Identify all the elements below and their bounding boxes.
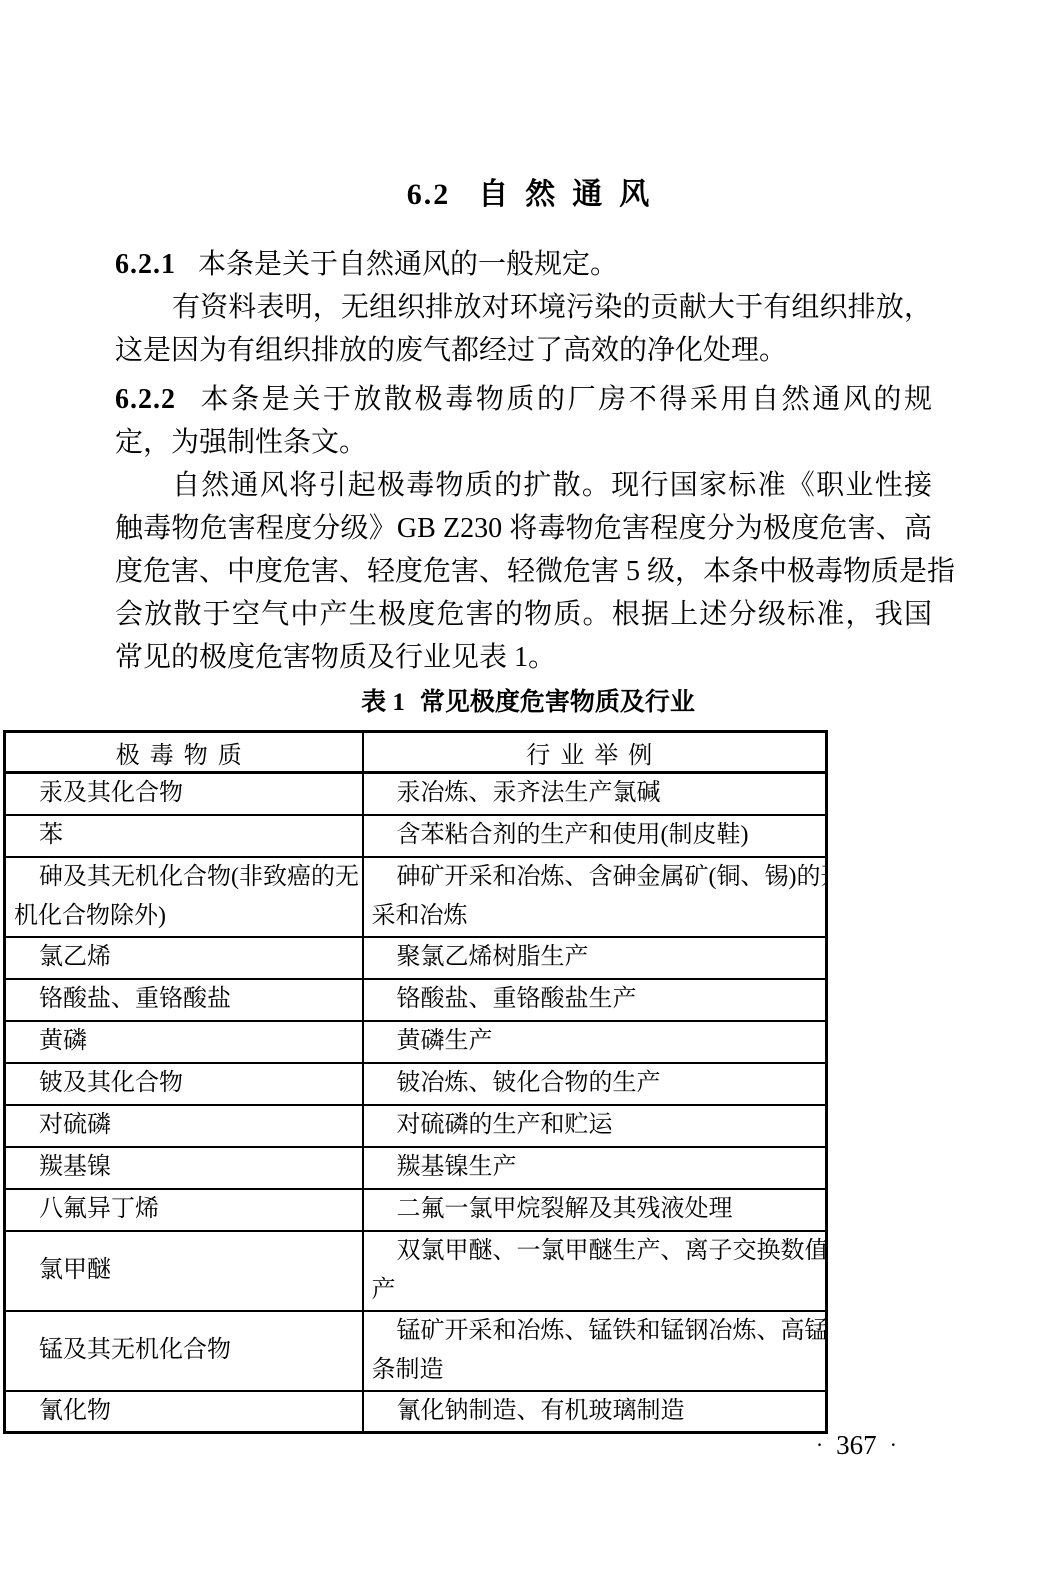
substance-cell: 对硫磷: [14, 1106, 354, 1145]
table-row: 氰化物 氰化钠制造、有机玻璃制造: [5, 1391, 827, 1433]
substance-cell: 铬酸盐、重铬酸盐: [14, 980, 354, 1019]
substance-cell: 氯乙烯: [14, 938, 354, 977]
clause-number: 6.2.1: [115, 249, 176, 280]
document-page: 6.2自然通风 6.2.1本条是关于自然通风的一般规定。 有资料表明，无组织排放…: [0, 0, 1056, 1586]
paragraph-line: 自然通风将引起极毒物质的扩散。现行国家标准《职业性接: [115, 464, 932, 507]
section-heading: 6.2自然通风: [0, 176, 1056, 214]
paragraph-line: 常见的极度危害物质及行业见表 1。: [115, 636, 932, 679]
table-row: 铬酸盐、重铬酸盐 铬酸盐、重铬酸盐生产: [5, 979, 827, 1021]
table-row: 汞及其化合物 汞冶炼、汞齐法生产氯碱: [5, 773, 827, 815]
industry-cell: 铬酸盐、重铬酸盐生产: [372, 980, 818, 1019]
substance-cell: 羰基镍: [14, 1148, 354, 1187]
body-text: 6.2.1本条是关于自然通风的一般规定。 有资料表明，无组织排放对环境污染的贡献…: [115, 243, 932, 679]
substance-cell: 黄磷: [14, 1022, 354, 1061]
industry-cell: 铍冶炼、铍化合物的生产: [372, 1064, 818, 1103]
table-row: 氯乙烯 聚氯乙烯树脂生产: [5, 937, 827, 979]
paragraph-line: 有资料表明，无组织排放对环境污染的贡献大于有组织排放，: [115, 286, 932, 329]
hazard-substance-table: 极毒物质 行业举例 汞及其化合物 汞冶炼、汞齐法生产氯碱 苯 含苯粘合剂的生产和…: [3, 730, 828, 1434]
clause-number: 6.2.2: [115, 384, 176, 415]
table-row: 羰基镍 羰基镍生产: [5, 1147, 827, 1189]
substance-cell-cont: 机化合物除外): [14, 897, 354, 936]
paragraph-line: 定，为强制性条文。: [115, 421, 932, 464]
substance-cell: 八氟异丁烯: [14, 1190, 354, 1229]
industry-cell: 砷矿开采和冶炼、含砷金属矿(铜、锡)的开: [372, 858, 818, 897]
substance-cell: 氰化物: [14, 1392, 354, 1431]
section-number: 6.2: [407, 178, 451, 211]
industry-cell: 羰基镍生产: [372, 1148, 818, 1187]
industry-cell-cont: 产: [372, 1271, 818, 1310]
table-row: 黄磷 黄磷生产: [5, 1021, 827, 1063]
substance-cell: 汞及其化合物: [14, 774, 354, 813]
industry-cell: 对硫磷的生产和贮运: [372, 1106, 818, 1145]
industry-cell: 聚氯乙烯树脂生产: [372, 938, 818, 977]
industry-cell: 氰化钠制造、有机玻璃制造: [372, 1392, 818, 1431]
table-row: 锰及其无机化合物 锰矿开采和冶炼、锰铁和锰钢冶炼、高锰焊 条制造: [5, 1311, 827, 1391]
table-row: 对硫磷 对硫磷的生产和贮运: [5, 1105, 827, 1147]
substance-cell: 铍及其化合物: [14, 1064, 354, 1103]
substance-cell: 砷及其无机化合物(非致癌的无: [14, 858, 354, 897]
substance-cell: 氯甲醚: [14, 1251, 354, 1290]
table-caption-label: 表 1: [361, 689, 405, 716]
table-row: 苯 含苯粘合剂的生产和使用(制皮鞋): [5, 815, 827, 857]
industry-cell: 黄磷生产: [372, 1022, 818, 1061]
clause-text: 本条是关于自然通风的一般规定。: [198, 249, 618, 280]
table-caption: 表 1常见极度危害物质及行业: [0, 686, 1056, 720]
industry-cell-cont: 条制造: [372, 1351, 818, 1390]
table-row: 氯甲醚 双氯甲醚、一氯甲醚生产、离子交换数值生 产: [5, 1231, 827, 1311]
industry-cell: 汞冶炼、汞齐法生产氯碱: [372, 774, 818, 813]
page-number-value: 367: [836, 1430, 877, 1460]
paragraph-line: 触毒物危害程度分级》GB Z230 将毒物危害程度分为极度危害、高: [115, 507, 932, 550]
paragraph-line: 这是因为有组织排放的废气都经过了高效的净化处理。: [115, 329, 932, 372]
paragraph-line: 度危害、中度危害、轻度危害、轻微危害 5 级，本条中极毒物质是指: [115, 550, 932, 593]
section-title-text: 自然通风: [478, 178, 666, 211]
substance-cell: 锰及其无机化合物: [14, 1331, 354, 1370]
table-header-row: 极毒物质 行业举例: [5, 732, 827, 773]
industry-cell: 锰矿开采和冶炼、锰铁和锰钢冶炼、高锰焊: [372, 1312, 818, 1351]
page-number-dot: ·: [816, 1432, 823, 1457]
table-row: 八氟异丁烯 二氟一氯甲烷裂解及其残液处理: [5, 1189, 827, 1231]
page-number: ·367·: [803, 1430, 910, 1460]
clause-6-2-2-line-1: 6.2.2本条是关于放散极毒物质的厂房不得采用自然通风的规: [115, 378, 932, 421]
table-row: 铍及其化合物 铍冶炼、铍化合物的生产: [5, 1063, 827, 1105]
industry-cell: 含苯粘合剂的生产和使用(制皮鞋): [372, 816, 818, 855]
page-number-dot: ·: [890, 1432, 897, 1457]
substance-cell: 苯: [14, 816, 354, 855]
table-caption-text: 常见极度危害物质及行业: [420, 689, 695, 716]
table-row: 砷及其无机化合物(非致癌的无 机化合物除外) 砷矿开采和冶炼、含砷金属矿(铜、锡…: [5, 857, 827, 937]
industry-cell-cont: 采和冶炼: [372, 897, 818, 936]
clause-6-2-1-line-1: 6.2.1本条是关于自然通风的一般规定。: [115, 243, 932, 286]
paragraph-line: 会放散于空气中产生极度危害的物质。根据上述分级标准，我国: [115, 593, 932, 636]
column-header-substance: 极毒物质: [5, 732, 363, 773]
column-header-industry: 行业举例: [363, 732, 827, 773]
industry-cell: 双氯甲醚、一氯甲醚生产、离子交换数值生: [372, 1232, 818, 1271]
clause-text: 本条是关于放散极毒物质的厂房不得采用自然通风的规: [198, 384, 932, 415]
industry-cell: 二氟一氯甲烷裂解及其残液处理: [372, 1190, 818, 1229]
